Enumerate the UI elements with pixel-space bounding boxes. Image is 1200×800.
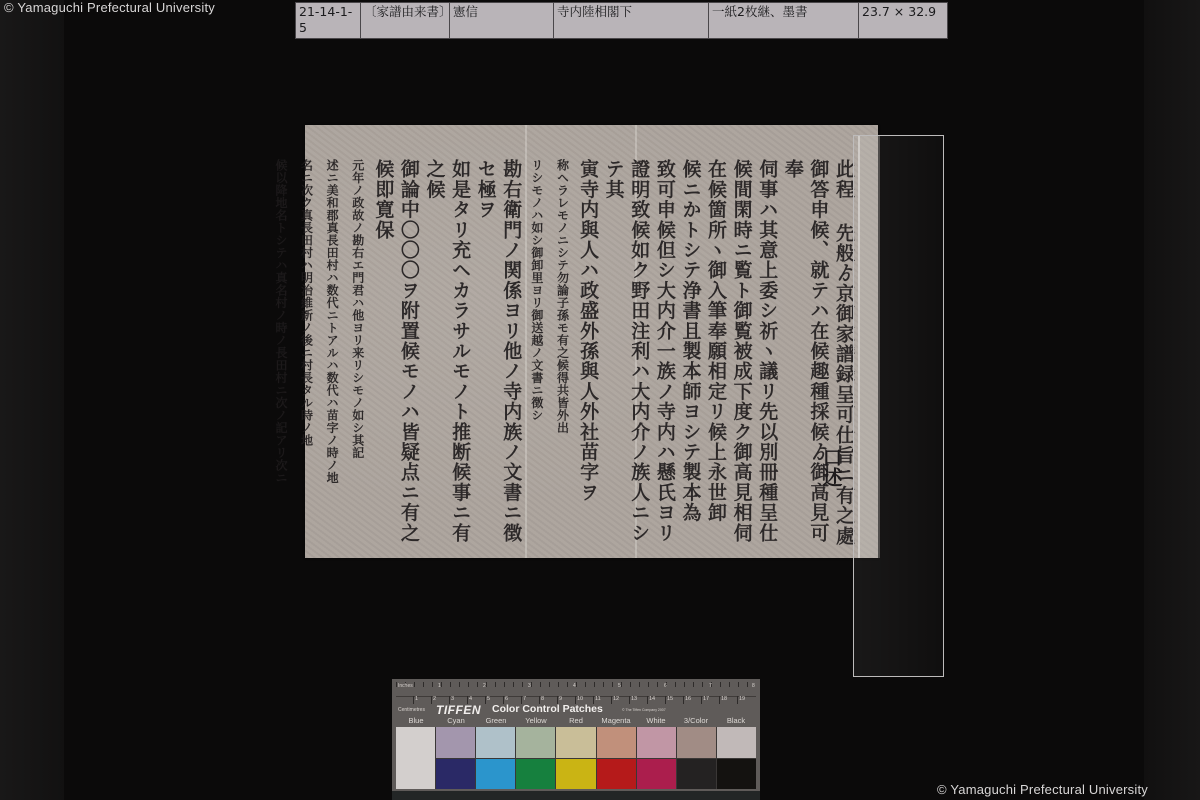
cell-series: 〔家譜由来書〕 (361, 3, 450, 39)
patch-black-dark (717, 759, 756, 790)
patch-labels: Blue Cyan Green Yellow Red Magenta White… (396, 716, 756, 727)
patch-label: White (636, 716, 676, 727)
tiffen-color-chart: Inches 1 2 3 4 5 6 7 8 1 2 3 4 5 6 7 8 9… (392, 679, 760, 791)
text-column: 称ヘラレモノニシテ勿論子孫モ有之候得共皆外出 (549, 159, 575, 548)
copyright-watermark-top: © Yamaguchi Prefectural University (4, 0, 215, 15)
patch-label: Green (476, 716, 516, 727)
text-column: 候間閑時ニ覧ト御覧被成下度ク御高見相伺 (728, 159, 754, 548)
text-column: 元年ノ政故ノ勘右エ門君ハ他ヨリ来リシモノ如シ其記 (344, 159, 370, 548)
cell-format: 一紙2枚継、墨書 (709, 3, 859, 39)
text-column: 勘右衛門ノ関係ヨリ他ノ寺内族ノ文書ニ徴セ極ヲ (472, 159, 523, 548)
text-column: 候ニかトシテ浄書且製本師ヨシテ製本為 (677, 159, 703, 548)
text-column: 御答申候、就テハ在候趣種採候ゟ御高見可奉 (779, 159, 830, 548)
patch-label: Cyan (436, 716, 476, 727)
background-right-band (1144, 0, 1200, 800)
text-column: 候以降地名トシテハ真名村ノ時ノ長田村ニ次ノ記アリ次ニ (267, 159, 293, 548)
inch-ruler: Inches 1 2 3 4 5 6 7 8 (396, 682, 756, 697)
patch-red-dark (597, 759, 636, 790)
text-column: 述ニ美和郡真長田村ハ数代ニトアルハ数代ハ苗字ノ時ノ地 (319, 159, 345, 548)
text-column: 名ニ次ク真長田村ハ明治維新ノ後ニ村長タル時ノ地 (293, 159, 319, 548)
patch-green-light (516, 727, 555, 758)
chart-copyright: © The Tiffen Company 2007 (622, 708, 666, 712)
cell-id: 21-14-1-5 (296, 3, 361, 39)
cell-sender: 憲信 (450, 3, 554, 39)
patch-label: Magenta (596, 716, 636, 727)
text-column: 致可申候但シ大内介一族ノ寺内ハ懸氏ヨリ (651, 159, 677, 548)
tiffen-logo: TIFFEN (436, 703, 481, 717)
document-paper: 此程 先般ゟ京御家譜録呈可仕旨ニ有之處 御答申候、就テハ在候趣種採候ゟ御高見可奉… (305, 125, 878, 558)
patch-cyan-light (476, 727, 515, 758)
patch-blue-dark (436, 759, 475, 790)
patch-black-light (717, 727, 756, 758)
patch-label: Blue (396, 716, 436, 727)
patch-cyan-dark (476, 759, 515, 790)
chart-brand-row: Centimetres TIFFEN Color Control Patches… (396, 703, 756, 717)
patch-white (396, 727, 435, 789)
patch-magenta-dark (637, 759, 676, 790)
text-column: 在候箇所ヽ御入筆奉願相定リ候上永世卸 (702, 159, 728, 548)
patch-3color-dark (677, 759, 716, 790)
cell-size: 23.7 × 32.9 (859, 3, 948, 39)
patch-yellow-light (556, 727, 595, 758)
metadata-row: 21-14-1-5 〔家譜由来書〕 憲信 寺内陸相閣下 一紙2枚継、墨書 23.… (296, 3, 948, 39)
patch-red-light (597, 727, 636, 758)
cell-recipient: 寺内陸相閣下 (554, 3, 709, 39)
handwritten-text: 此程 先般ゟ京御家譜録呈可仕旨ニ有之處 御答申候、就テハ在候趣種採候ゟ御高見可奉… (267, 159, 856, 548)
text-column: 御論中〇〇〇ヲ附置候モノハ皆疑点ニ有之候即寛保 (370, 159, 421, 548)
patch-label: Red (556, 716, 596, 727)
patch-magenta-light (637, 727, 676, 758)
chart-title: Color Control Patches (492, 703, 603, 715)
copyright-watermark-bottom: © Yamaguchi Prefectural University (937, 782, 1148, 797)
patch-3color-light (677, 727, 716, 758)
patch-label: Yellow (516, 716, 556, 727)
text-column: 伺事ハ其意上委シ祈ヽ議リ先以別冊種呈仕 (754, 159, 780, 548)
text-column: 如是タリ充ヘカラサルモノト推断候事ニ有之候 (421, 159, 472, 548)
glass-paper-overlap (858, 136, 880, 558)
text-column: 寅寺内與人ハ政盛外孫與人外社苗字ヲ (574, 159, 600, 548)
chart-base-shadow (392, 791, 760, 800)
background-left-band (0, 0, 64, 800)
patch-label: 3/Color (676, 716, 716, 727)
patch-blue-light (436, 727, 475, 758)
document-heading: 口述 (817, 447, 846, 487)
patch-green-dark (516, 759, 555, 790)
color-patches-grid (396, 727, 756, 789)
text-column: リシモノハ如シ御卸里ヨリ御送越ノ文書ニ徴シ (523, 159, 549, 548)
patch-yellow-dark (556, 759, 595, 790)
text-column: 證明致候如ク野田注利ハ大内介ノ族人ニシテ其 (600, 159, 651, 548)
patch-label: Black (716, 716, 756, 727)
metadata-table: 21-14-1-5 〔家譜由来書〕 憲信 寺内陸相閣下 一紙2枚継、墨書 23.… (295, 2, 948, 39)
